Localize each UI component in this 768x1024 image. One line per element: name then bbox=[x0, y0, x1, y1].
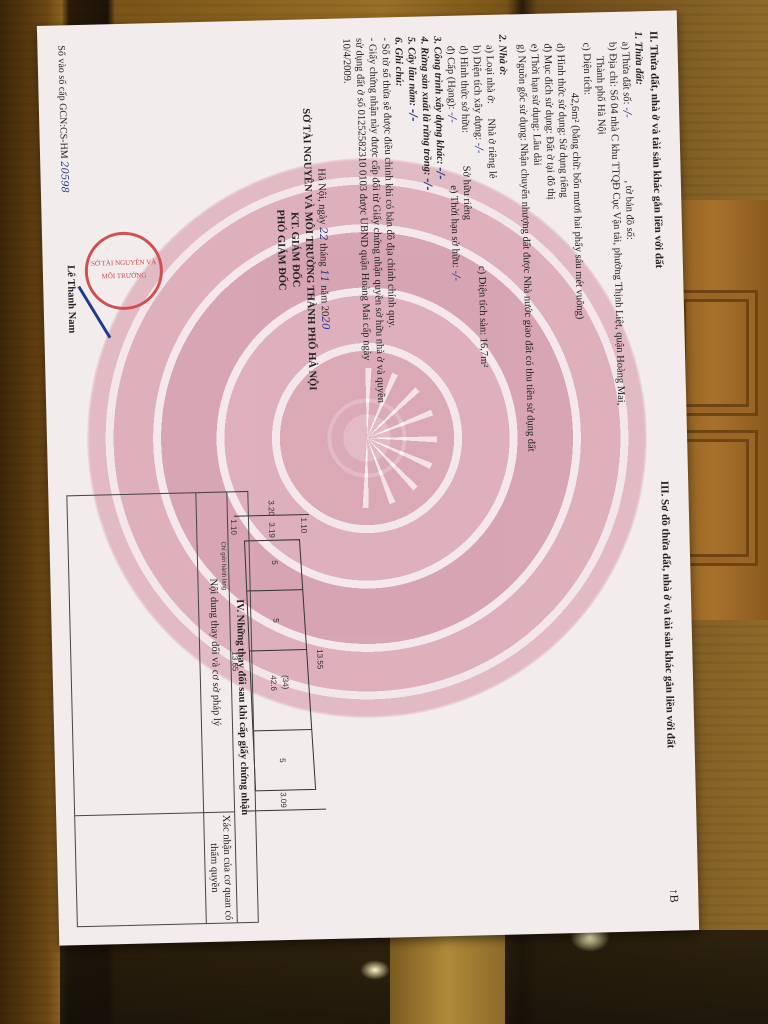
changes-column-header: Nội dung thay đổi và cơ sở pháp lý bbox=[196, 492, 234, 813]
month-label: tháng bbox=[317, 243, 329, 267]
land-c-label: c) Diện tích: bbox=[580, 42, 592, 95]
signature-block: Hà Nội, ngày 22 tháng 11 năm 2020 SỞ TÀI… bbox=[268, 39, 335, 460]
land-a-value: -/- bbox=[621, 107, 633, 118]
house-dd-label: đ) Cấp (Hạng): bbox=[444, 46, 457, 110]
land-dd-label: đ) Mục đích sử dụng: bbox=[541, 43, 554, 134]
sketch-parcel-area: 42.6 bbox=[269, 675, 278, 691]
sketch-floor-3: 5 bbox=[278, 758, 287, 763]
house-d-label: d) Hình thức sở hữu: bbox=[457, 45, 470, 133]
sketch-top-length: 13.55 bbox=[315, 649, 324, 670]
sketch-right-width: 3.09 bbox=[279, 792, 288, 808]
perennial-label: 5. Cây lâu năm: bbox=[405, 37, 418, 107]
confirmation-column-header: Xác nhận của cơ quan có thẩm quyền bbox=[204, 812, 237, 923]
house-b-label: b) Diện tích xây dựng: bbox=[470, 45, 483, 140]
registry-number: Số vào sổ cấp GCN:CS-HM 20598 bbox=[54, 45, 71, 193]
land-usage-form: Sử dụng riêng bbox=[557, 138, 569, 198]
land-purpose: Đất ở tại đô thị bbox=[544, 136, 557, 200]
signer-name: Lê Thanh Nam bbox=[64, 265, 79, 333]
glass-tabletop bbox=[60, 930, 768, 1024]
house-a-label: a) Loại nhà ở: bbox=[483, 45, 495, 104]
date-prefix: Hà Nội, ngày bbox=[315, 168, 327, 225]
house-ownership: Sở hữu riêng bbox=[460, 166, 472, 221]
sketch-left-outer: 3.20 bbox=[267, 500, 276, 516]
sketch-left-inner: 3.19 bbox=[267, 522, 276, 538]
other-works-value: -/- bbox=[434, 167, 446, 180]
document-content: II. Thửa đất, nhà ở và tài sản khác gắn … bbox=[37, 10, 699, 945]
house-grade: -/- bbox=[446, 112, 458, 123]
land-term: Lâu dài bbox=[531, 134, 543, 166]
north-arrow-label: B bbox=[667, 894, 681, 902]
sketch-floor-2: 5 bbox=[271, 618, 280, 623]
section-iii-title: III. Sơ đồ thửa đất, nhà ở và tài sản kh… bbox=[657, 481, 681, 911]
sketch-parcel-label: (34) bbox=[281, 675, 290, 690]
land-d-label: d) Hình thức sử dụng: bbox=[554, 43, 567, 136]
other-works-label: 3. Công trình xây dựng khác: bbox=[431, 36, 445, 164]
house-c-label: c) Diện tích sàn: bbox=[476, 266, 489, 335]
forest-label: 4. Rừng sản xuất là rừng trồng: bbox=[418, 36, 432, 175]
date-year: 20 bbox=[319, 316, 331, 330]
land-e-label: e) Thời hạn sử dụng: bbox=[528, 44, 541, 132]
section-ii: II. Thửa đất, nhà ở và tài sản khác gắn … bbox=[268, 31, 669, 460]
land-g-label: g) Nguồn gốc sử dụng: bbox=[515, 44, 528, 141]
section-iii: III. Sơ đồ thửa đất, nhà ở và tài sản kh… bbox=[655, 481, 681, 911]
house-type: Nhà ở riêng lẻ bbox=[485, 118, 497, 178]
house-built-area: -/- bbox=[473, 143, 485, 154]
house-e-label: e) Thời hạn sở hữu: bbox=[448, 185, 461, 268]
map-sheet-label: , tờ bản đồ số: bbox=[623, 180, 635, 240]
land-b-label: b) Địa chỉ: bbox=[606, 42, 618, 87]
perennial-value: -/- bbox=[407, 109, 419, 122]
forest-value: -/- bbox=[422, 178, 434, 191]
sketch-floor-1: 5 bbox=[270, 560, 279, 565]
sketch-offset-top: 1.10 bbox=[299, 517, 308, 533]
house-floor-area: 16,7m² bbox=[478, 338, 490, 368]
land-a-label: a) Thửa đất số: bbox=[619, 41, 632, 104]
land-certificate-page: II. Thửa đất, nhà ở và tài sản khác gắn … bbox=[37, 10, 699, 945]
section-iv-table: IV. Những thay đổi sau khi cấp giấy chứn… bbox=[66, 491, 259, 927]
north-arrow-icon: ↑B bbox=[667, 888, 680, 902]
date-month: 11 bbox=[318, 269, 330, 283]
house-term: -/- bbox=[450, 270, 462, 281]
year-label: năm 20 bbox=[318, 285, 330, 316]
registry-value: 20598 bbox=[58, 161, 70, 193]
date-day: 22 bbox=[317, 227, 329, 241]
registry-label: Số vào sổ cấp GCN:CS-HM bbox=[55, 45, 69, 159]
